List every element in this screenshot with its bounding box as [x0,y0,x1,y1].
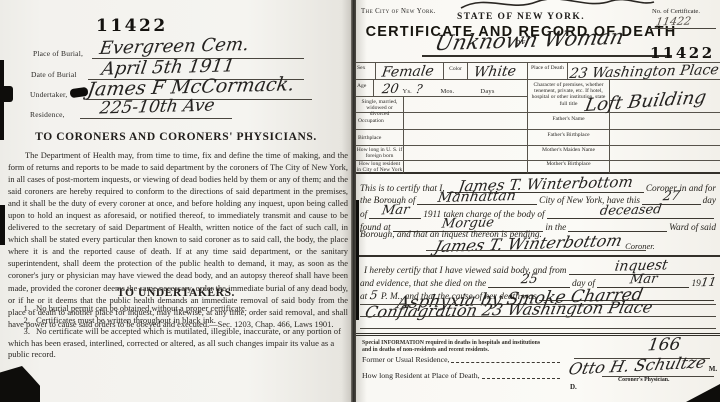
age-label-cell: Age [356,80,374,97]
mother-birthplace-label-cell: Mother's Birthplace [528,161,610,174]
days-label: Days [480,88,494,95]
item-number: 1. [8,303,30,315]
mother-birthplace-label: Mother's Birthplace [528,161,609,167]
sex-label-cell: Sex [356,63,376,80]
occupation-value-cell [404,113,528,130]
father-birthplace-label: Father's Birthplace [528,130,609,138]
sex-value: Female [381,63,435,80]
item-text: No burial permit can be obtained without… [36,303,247,313]
vitals-grid: Sex Female Color White Place of Death 23… [356,62,720,173]
mother-name-label-cell: Mother's Maiden Name [528,146,610,161]
residence-value: 225-10th Ave [98,96,216,119]
undertakers-item: 3.No certificate will be accepted which … [8,326,348,361]
age-months-value: ? [415,82,424,96]
occupation-label-cell: Occupation [356,113,404,130]
blank-rule [360,328,716,329]
age-value-cell: 20 Ys. ? Mos. Days [374,80,528,97]
sex-label: Sex [356,63,375,71]
undertakers-heading: TO UNDERTAKERS. [0,287,352,299]
item-number: 3. [8,326,30,338]
color-value-cell: White [468,63,528,80]
father-name-label-cell: Father's Name [528,113,610,130]
undertaker-label: Undertaker, [30,90,68,99]
cause-line2-rule [360,316,716,317]
physician-signature: Otto H. Schultze [567,352,708,378]
age-years-value: 20 [381,82,400,97]
stamp-number-right: 11422 [650,44,715,62]
marital-label-cell: Single, married, widowed or divorced [356,97,404,113]
coroner-signature-row: James T. Winterbottom Coroner. [436,234,716,254]
ink-blot [0,86,13,102]
birthplace-label: Birthplace [356,130,403,141]
how-long-resident-label: How long Resident at Place of Death, [362,371,480,380]
undertakers-item: 2.Certificates must be written throughou… [8,315,348,327]
death-certificate-scan: 11422 Place of Burial, Evergreen Cem. Da… [0,0,720,402]
place-of-death-value-cell: 23 Washington Place [568,63,720,80]
color-label-cell: Color [444,63,468,80]
place-of-death-value: 23 Washington Place [568,62,719,82]
right-page: The City of New York. STATE OF NEW YORK.… [356,0,720,402]
deceased-name-line [422,55,672,57]
cert-text: at [360,292,367,302]
cert-text: Ward of said [669,223,716,233]
us-value-cell [404,146,528,161]
nyc-value-cell [404,161,528,174]
us-label-cell: How long in U. S. if foreign born [356,146,404,161]
place-of-death-label: Place of Death [528,63,567,71]
marital-value-cell [404,97,528,113]
color-label: Color [444,63,467,72]
item-number: 2. [8,315,30,327]
item-text: Certificates must be written throughout … [36,315,216,325]
occupation-label: Occupation [356,113,403,124]
nyc-label-cell: How long resident in City of New York [356,161,404,174]
how-long-resident-row: How long Resident at Place of Death, [362,368,562,380]
ink-blot [0,205,5,245]
father-birthplace-value-cell [610,130,720,146]
birthplace-label-cell: Birthplace [356,130,404,146]
nyc-label: How long resident in City of New York [356,161,403,173]
sex-value-cell: Female [376,63,444,80]
death-time-hw: 5 [369,288,379,302]
state-of-new-york-label: STATE OF NEW YORK. [356,12,686,22]
former-residence-row: Former or Usual Residence, [362,352,562,364]
place-of-death-label-cell: Place of Death [528,63,568,80]
special-info-line1: Special INFORMATION required in deaths i… [362,340,552,347]
left-page: 11422 Place of Burial, Evergreen Cem. Da… [0,0,352,402]
color-value: White [473,63,517,80]
former-residence-label: Former or Usual Residence, [362,355,449,364]
undertakers-list: 1.No burial permit can be obtained witho… [8,303,348,361]
coroner-signature-line [426,250,646,251]
physician-signature-row: Otto H. Schultze M. D. [570,356,720,394]
case-number-hw: 166 [646,335,682,356]
birthplace-value-cell [404,130,528,146]
age-label: Age [356,80,373,89]
stamp-number-left: 11422 [96,16,168,36]
us-label: How long in U. S. if foreign born [356,146,403,159]
cut-off-handwriting [456,0,656,10]
cert-text: in the [545,223,566,233]
item-text: No certificate will be accepted which is… [8,326,341,359]
corner-ink-blot [0,366,40,402]
coroner-signature: James T. Winterbottom [433,231,625,256]
father-birthplace-label-cell: Father's Birthplace [528,130,610,146]
undertakers-item: 1.No burial permit can be obtained witho… [8,303,348,315]
years-label: Ys. [403,88,412,95]
page-edge-mark [356,200,359,320]
cause-of-death-line2: Conflagration 23 Washington Place [363,298,654,322]
death-day-hw: 25 [520,272,539,287]
certificate-no-line [648,28,716,29]
place-of-burial-label: Place of Burial, [33,49,83,58]
date-of-burial-label: Date of Burial [31,70,77,79]
months-label: Mos. [440,88,454,95]
physician-signature-title: Coroner's Physician. [618,377,669,383]
day-hw: 27 [662,189,681,204]
mother-name-label: Mother's Maiden Name [528,146,609,153]
certificate-no-value: 11422 [655,15,692,29]
residence-label: Residence, [30,110,65,119]
father-name-value-cell [610,113,720,130]
coroners-heading: TO CORONERS AND CORONERS' PHYSICIANS. [0,131,352,143]
mother-name-value-cell [610,146,720,161]
